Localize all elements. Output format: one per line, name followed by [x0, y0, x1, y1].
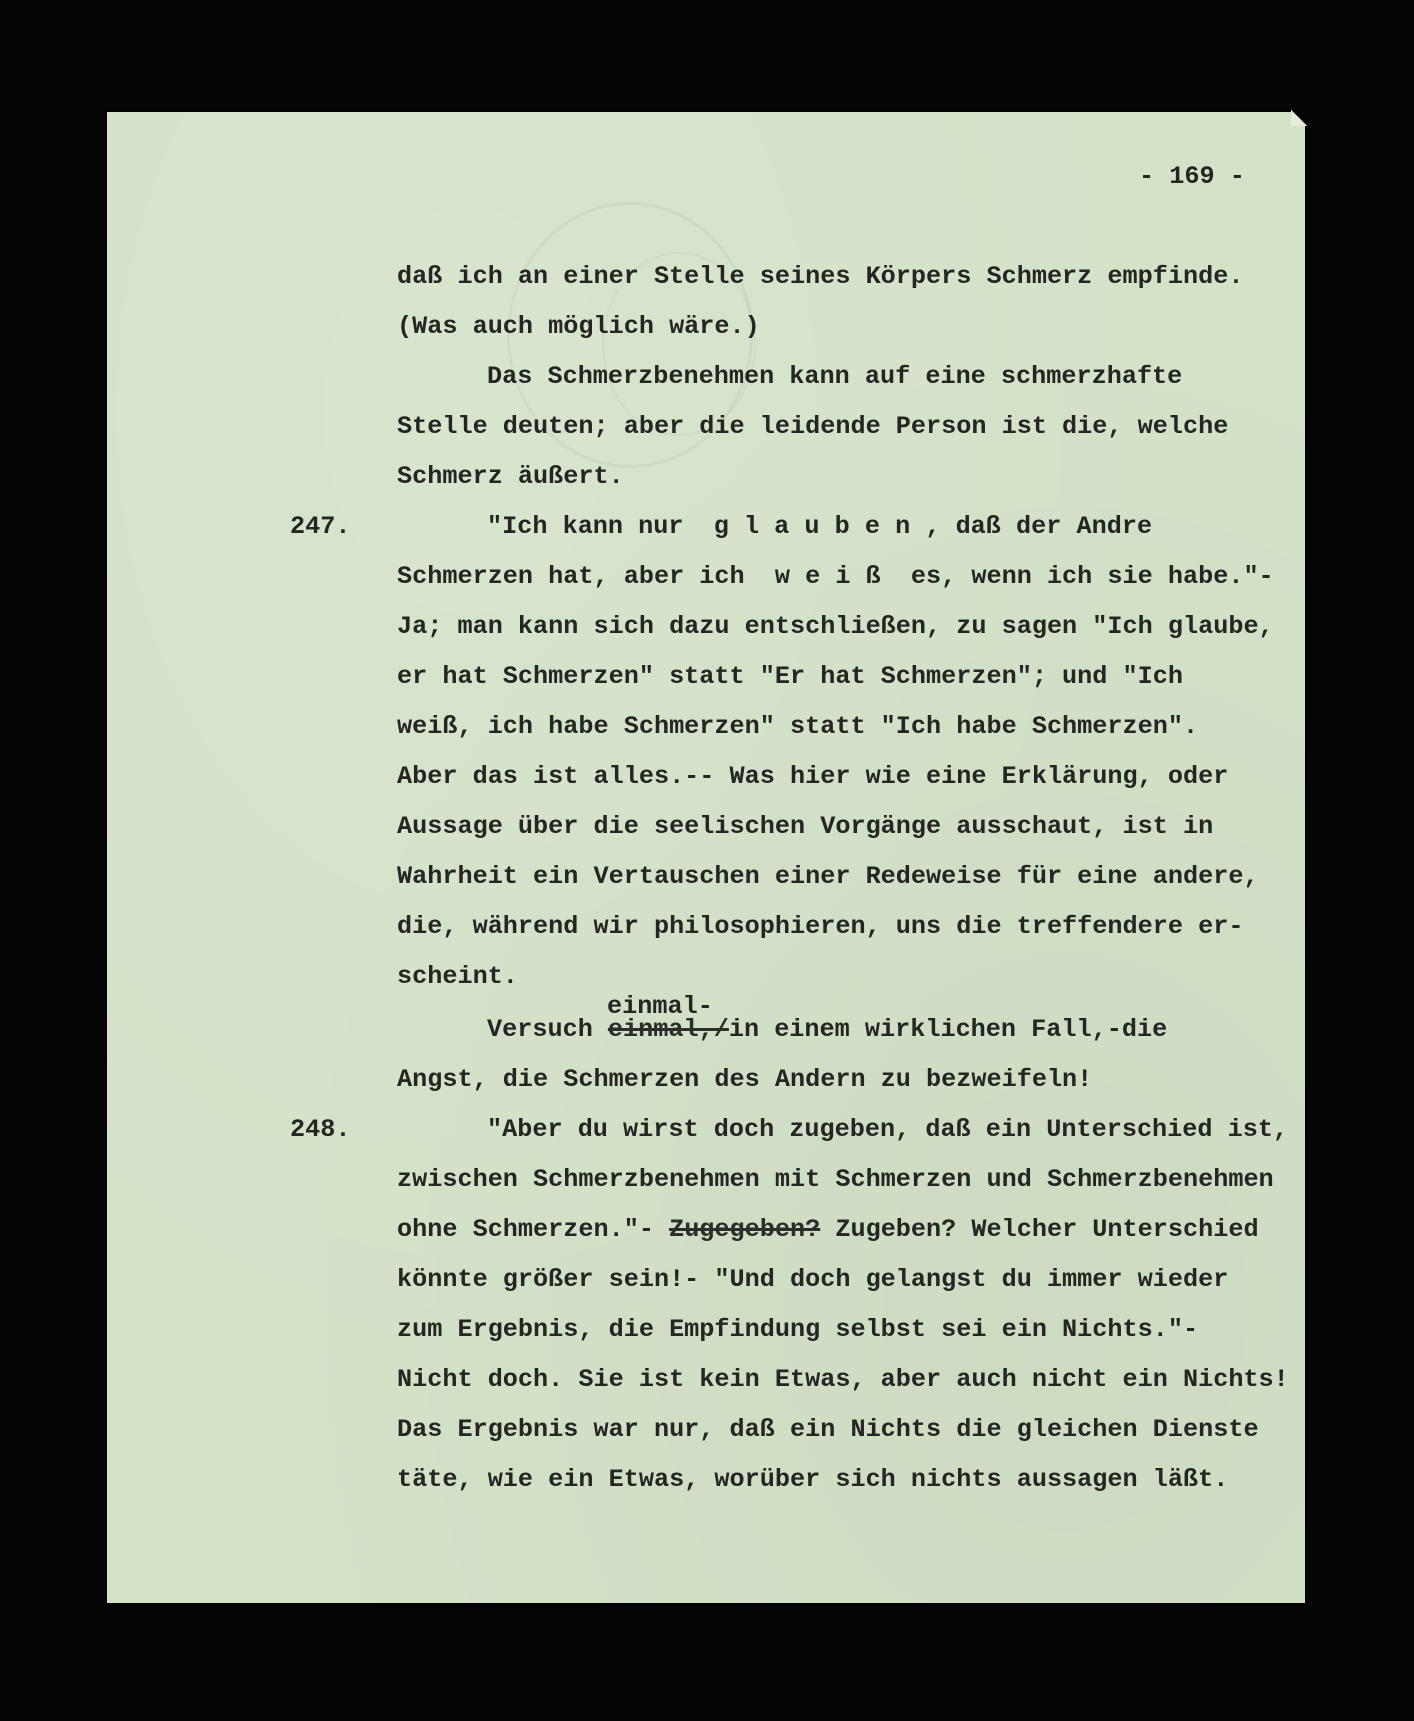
text-fragment: in einem wirklichen Fall,-die	[729, 1015, 1167, 1044]
struck-text: einmal,/	[608, 1015, 729, 1044]
text-line: Ja; man kann sich dazu entschließen, zu …	[397, 612, 1274, 642]
text-line: zum Ergebnis, die Empfindung selbst sei …	[397, 1315, 1198, 1345]
text-line: "Ich kann nur g l a u b e n , daß der An…	[487, 512, 1152, 542]
text-line: Aussage über die seelischen Vorgänge aus…	[397, 812, 1213, 842]
text-line: Schmerzen hat, aber ich w e i ß es, wenn…	[397, 562, 1274, 592]
text-fragment: ohne Schmerzen."-	[397, 1215, 669, 1244]
text-line: Das Schmerzbenehmen kann auf eine schmer…	[487, 362, 1182, 392]
text-line: zwischen Schmerzbenehmen mit Schmerzen u…	[397, 1165, 1274, 1195]
text-line: die, während wir philosophieren, uns die…	[397, 912, 1243, 942]
text-line: er hat Schmerzen" statt "Er hat Schmerze…	[397, 662, 1183, 692]
struck-text: Zugegeben?	[669, 1215, 820, 1244]
text-fragment: Zugeben? Welcher Unterschied	[820, 1215, 1258, 1244]
text-line: weiß, ich habe Schmerzen" statt "Ich hab…	[397, 712, 1198, 742]
text-fragment: Versuch	[487, 1015, 608, 1044]
text-line: Wahrheit ein Vertauschen einer Redeweise…	[397, 862, 1259, 892]
text-line: könnte größer sein!- "Und doch gelangst …	[397, 1265, 1228, 1295]
text-line: (Was auch möglich wäre.)	[397, 312, 760, 342]
typescript-page: - 169 - daß ich an einer Stelle seines K…	[107, 112, 1305, 1603]
versuch-line: Versuch einmal,/in einem wirklichen Fall…	[487, 1015, 1167, 1045]
text-line: täte, wie ein Etwas, worüber sich nichts…	[397, 1465, 1228, 1495]
text-line: Aber das ist alles.-- Was hier wie eine …	[397, 762, 1228, 792]
text-line: Angst, die Schmerzen des Andern zu bezwe…	[397, 1065, 1092, 1095]
section-number-247: 247.	[290, 512, 350, 541]
text-line: Nicht doch. Sie ist kein Etwas, aber auc…	[397, 1365, 1289, 1395]
section-number-248: 248.	[290, 1115, 350, 1144]
folded-corner	[1291, 110, 1307, 126]
text-line: daß ich an einer Stelle seines Körpers S…	[397, 262, 1243, 292]
text-line: Stelle deuten; aber die leidende Person …	[397, 412, 1228, 442]
text-line: "Aber du wirst doch zugeben, daß ein Unt…	[487, 1115, 1288, 1145]
text-line: Das Ergebnis war nur, daß ein Nichts die…	[397, 1415, 1259, 1445]
struck-line: ohne Schmerzen."- Zugegeben? Zugeben? We…	[397, 1215, 1259, 1245]
text-line: Schmerz äußert.	[397, 462, 624, 492]
page-number: - 169 -	[1139, 162, 1245, 191]
text-line: scheint.	[397, 962, 518, 992]
